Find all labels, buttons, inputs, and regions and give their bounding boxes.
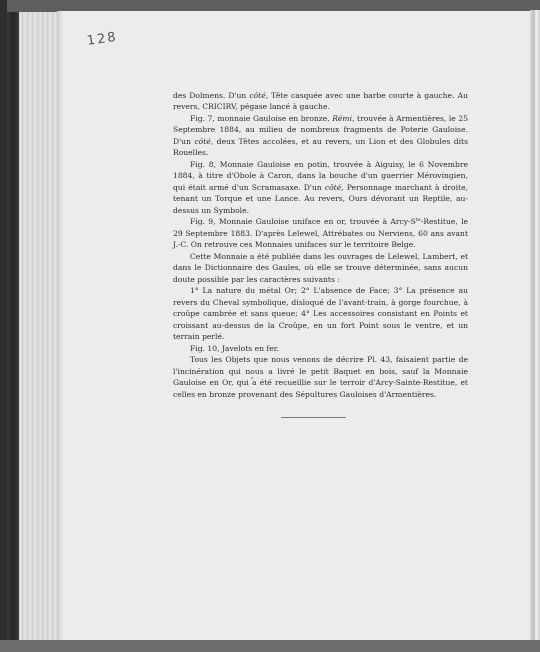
paragraph-conclusion: Tous les Objets que nous venons de décri… — [173, 354, 468, 400]
italic-term: côté — [325, 183, 341, 192]
text-run: 1° La nature du métal Or; 2° L'absence d… — [173, 286, 468, 341]
paper-speck — [251, 377, 253, 379]
text-run: Fig. 9, Monnaie Gauloise uniface en or, … — [190, 217, 416, 226]
text-run: , deux Têtes accolées, et au revers, un … — [173, 137, 468, 157]
paragraph-dolmens-continued: des Dolmens. D'un côté, Tête casquée ave… — [173, 90, 468, 113]
text-run: Fig. 7, monnaie Gauloise en bronze, — [190, 114, 332, 123]
paragraph-characteristics-list: 1° La nature du métal Or; 2° L'absence d… — [173, 285, 468, 342]
section-divider-rule — [281, 417, 346, 418]
paragraph-fig-10: Fig. 10, Javelots en fer. — [173, 343, 468, 354]
paragraph-fig-9: Fig. 9, Monnaie Gauloise uniface en or, … — [173, 216, 468, 250]
book-cover-edge — [7, 12, 19, 640]
paragraph-monnaie-publication: Cette Monnaie a été publiée dans les ouv… — [173, 251, 468, 285]
body-text: des Dolmens. D'un côté, Tête casquée ave… — [173, 90, 468, 400]
page-edges-stack — [19, 12, 57, 644]
italic-term: Rémi — [332, 114, 352, 123]
text-run: Tous les Objets que nous venons de décri… — [173, 355, 468, 398]
paragraph-fig-8: Fig. 8, Monnaie Gauloise en potin, trouv… — [173, 159, 468, 216]
text-run: Fig. 10, Javelots en fer. — [190, 344, 279, 353]
scan-bottom-border — [0, 640, 540, 652]
text-run: Cette Monnaie a été publiée dans les ouv… — [173, 252, 468, 284]
italic-term: côté — [249, 91, 265, 100]
text-run: des Dolmens. D'un — [173, 91, 249, 100]
page-right-edge — [530, 10, 540, 642]
paragraph-fig-7: Fig. 7, monnaie Gauloise en bronze, Rémi… — [173, 113, 468, 159]
italic-term: côté — [194, 137, 210, 146]
book-binding — [0, 0, 7, 652]
